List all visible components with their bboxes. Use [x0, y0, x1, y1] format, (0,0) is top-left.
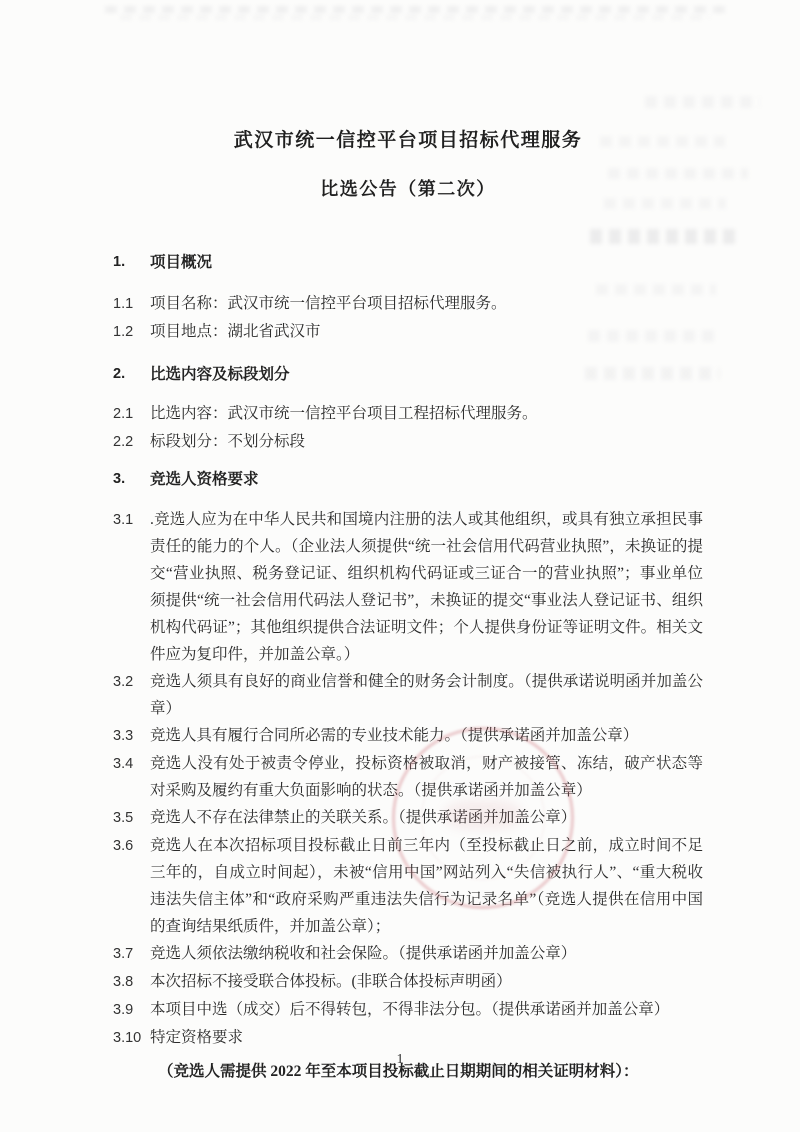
- item-3-7: 3.7 竞选人须依法缴纳税收和社会保险。（提供承诺函并加盖公章）: [113, 940, 703, 968]
- section-title: 比选内容及标段划分: [150, 361, 703, 388]
- item-number: 3.8: [113, 968, 150, 996]
- item-text: 竞选人在本次招标项目投标截止日前三年内（至投标截止日之前，成立时间不足三年的，自…: [150, 832, 703, 940]
- item-text: 竞选人不存在法律禁止的关联关系。（提供承诺函并加盖公章）: [150, 804, 703, 832]
- item-text: 项目名称：武汉市统一信控平台项目招标代理服务。: [150, 290, 703, 318]
- item-text: 比选内容：武汉市统一信控平台项目工程招标代理服务。: [150, 400, 703, 428]
- item-number: 3.1: [113, 506, 150, 668]
- item-3-4: 3.4 竞选人没有处于被责令停业，投标资格被取消，财产被接管、冻结，破产状态等对…: [113, 750, 703, 804]
- item-text: 竞选人须具有良好的商业信誉和健全的财务会计制度。（提供承诺说明函并加盖公章）: [150, 668, 703, 722]
- item-number: 1.2: [113, 318, 150, 346]
- section-number: 2.: [113, 361, 150, 388]
- item-3-2: 3.2 竞选人须具有良好的商业信誉和健全的财务会计制度。（提供承诺说明函并加盖公…: [113, 668, 703, 722]
- section-title: 项目概况: [150, 249, 703, 276]
- document-content: 武汉市统一信控平台项目招标代理服务 比选公告（第二次） 1. 项目概况 1.1 …: [0, 0, 800, 1085]
- section-heading-3: 3. 竞选人资格要求: [113, 466, 703, 493]
- page-number: 1: [0, 1052, 800, 1068]
- section-heading-2: 2. 比选内容及标段划分: [113, 361, 703, 388]
- item-3-8: 3.8 本次招标不接受联合体投标。(非联合体投标声明函）: [113, 968, 703, 996]
- item-1-1: 1.1 项目名称：武汉市统一信控平台项目招标代理服务。: [113, 290, 703, 318]
- item-number: 3.10: [113, 1024, 150, 1052]
- item-number: 3.6: [113, 832, 150, 940]
- item-2-2: 2.2 标段划分：不划分标段: [113, 428, 703, 456]
- item-2-1: 2.1 比选内容：武汉市统一信控平台项目工程招标代理服务。: [113, 400, 703, 428]
- item-text: 本项目中选（成交）后不得转包，不得非法分包。（提供承诺函并加盖公章）: [150, 996, 703, 1024]
- item-number: 1.1: [113, 290, 150, 318]
- item-text: .竞选人应为在中华人民共和国境内注册的法人或其他组织，或具有独立承担民事责任的能…: [150, 506, 703, 668]
- item-text: 竞选人须依法缴纳税收和社会保险。（提供承诺函并加盖公章）: [150, 940, 703, 968]
- item-3-5: 3.5 竞选人不存在法律禁止的关联关系。（提供承诺函并加盖公章）: [113, 804, 703, 832]
- item-text: 特定资格要求: [150, 1024, 703, 1052]
- item-number: 3.3: [113, 722, 150, 750]
- item-text: 本次招标不接受联合体投标。(非联合体投标声明函）: [150, 968, 703, 996]
- item-text: 项目地点：湖北省武汉市: [150, 318, 703, 346]
- section-title: 竞选人资格要求: [150, 466, 703, 493]
- item-3-6: 3.6 竞选人在本次招标项目投标截止日前三年内（至投标截止日之前，成立时间不足三…: [113, 832, 703, 940]
- item-number: 3.4: [113, 750, 150, 804]
- section-number: 3.: [113, 466, 150, 493]
- item-1-2: 1.2 项目地点：湖北省武汉市: [113, 318, 703, 346]
- scanned-document-page: 武汉市统一信控平台项目招标代理服务 比选公告（第二次） 1. 项目概况 1.1 …: [0, 0, 800, 1132]
- section-number: 1.: [113, 249, 150, 276]
- item-text: 标段划分：不划分标段: [150, 428, 703, 456]
- item-3-9: 3.9 本项目中选（成交）后不得转包，不得非法分包。（提供承诺函并加盖公章）: [113, 996, 703, 1024]
- document-subtitle: 比选公告（第二次）: [113, 176, 703, 202]
- document-title: 武汉市统一信控平台项目招标代理服务: [113, 128, 703, 154]
- item-number: 3.5: [113, 804, 150, 832]
- item-text: 竞选人具有履行合同所必需的专业技术能力。（提供承诺函并加盖公章）: [150, 722, 703, 750]
- item-number: 3.2: [113, 668, 150, 722]
- item-3-1: 3.1 .竞选人应为在中华人民共和国境内注册的法人或其他组织，或具有独立承担民事…: [113, 506, 703, 668]
- item-number: 2.1: [113, 400, 150, 428]
- item-number: 3.7: [113, 940, 150, 968]
- item-3-10: 3.10 特定资格要求: [113, 1024, 703, 1052]
- item-number: 3.9: [113, 996, 150, 1024]
- item-3-3: 3.3 竞选人具有履行合同所必需的专业技术能力。（提供承诺函并加盖公章）: [113, 722, 703, 750]
- item-text: 竞选人没有处于被责令停业，投标资格被取消，财产被接管、冻结，破产状态等对采购及履…: [150, 750, 703, 804]
- section-heading-1: 1. 项目概况: [113, 249, 703, 276]
- item-number: 2.2: [113, 428, 150, 456]
